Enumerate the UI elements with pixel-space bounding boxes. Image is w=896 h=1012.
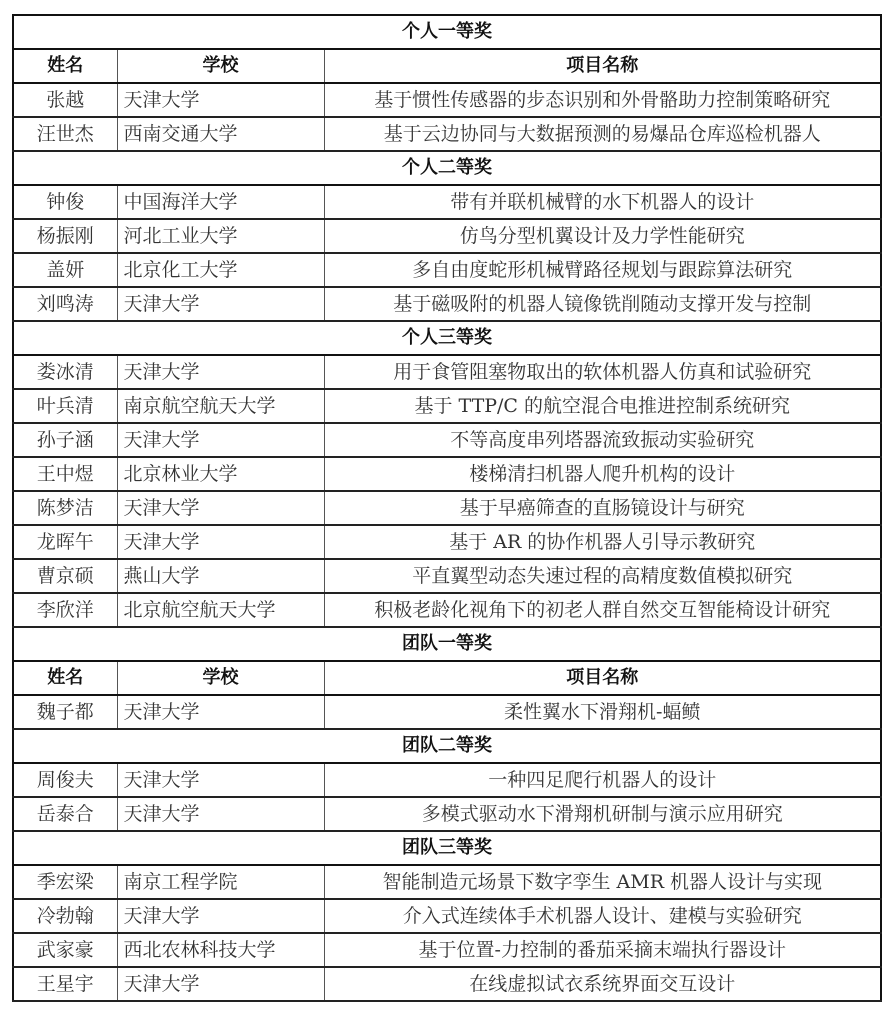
cell-project: 多模式驱动水下滑翔机研制与演示应用研究: [324, 797, 881, 831]
table-row: 魏子都 天津大学 柔性翼水下滑翔机-蝠鲼: [13, 695, 881, 729]
section-title: 团队二等奖: [13, 729, 881, 763]
cell-school: 天津大学: [117, 423, 324, 457]
cell-project: 用于食管阻塞物取出的软体机器人仿真和试验研究: [324, 355, 881, 389]
cell-project: 积极老龄化视角下的初老人群自然交互智能椅设计研究: [324, 593, 881, 627]
section-title: 个人一等奖: [13, 15, 881, 49]
section-title: 团队一等奖: [13, 627, 881, 661]
section-title: 个人二等奖: [13, 151, 881, 185]
column-header-name: 姓名: [13, 661, 117, 695]
table-row: 叶兵清 南京航空航天大学 基于 TTP/C 的航空混合电推进控制系统研究: [13, 389, 881, 423]
cell-name: 张越: [13, 83, 117, 117]
section-title: 团队三等奖: [13, 831, 881, 865]
cell-school: 天津大学: [117, 355, 324, 389]
table-row: 钟俊 中国海洋大学 带有并联机械臂的水下机器人的设计: [13, 185, 881, 219]
cell-project: 仿鸟分型机翼设计及力学性能研究: [324, 219, 881, 253]
cell-project: 基于云边协同与大数据预测的易爆品仓库巡检机器人: [324, 117, 881, 151]
awards-table-body: 个人一等奖 姓名 学校 项目名称 张越 天津大学 基于惯性传感器的步态识别和外骨…: [13, 15, 881, 1001]
cell-project: 智能制造元场景下数字孪生 AMR 机器人设计与实现: [324, 865, 881, 899]
column-header-project: 项目名称: [324, 49, 881, 83]
cell-project: 柔性翼水下滑翔机-蝠鲼: [324, 695, 881, 729]
cell-project: 楼梯清扫机器人爬升机构的设计: [324, 457, 881, 491]
cell-project: 基于惯性传感器的步态识别和外骨骼助力控制策略研究: [324, 83, 881, 117]
cell-name: 叶兵清: [13, 389, 117, 423]
section-title-row: 个人二等奖: [13, 151, 881, 185]
table-row: 张越 天津大学 基于惯性传感器的步态识别和外骨骼助力控制策略研究: [13, 83, 881, 117]
column-header-school: 学校: [117, 49, 324, 83]
cell-school: 河北工业大学: [117, 219, 324, 253]
table-row: 杨振刚 河北工业大学 仿鸟分型机翼设计及力学性能研究: [13, 219, 881, 253]
cell-school: 西北农林科技大学: [117, 933, 324, 967]
cell-name: 孙子涵: [13, 423, 117, 457]
table-row: 龙晖午 天津大学 基于 AR 的协作机器人引导示教研究: [13, 525, 881, 559]
cell-project: 介入式连续体手术机器人设计、建模与实验研究: [324, 899, 881, 933]
table-row: 李欣洋 北京航空航天大学 积极老龄化视角下的初老人群自然交互智能椅设计研究: [13, 593, 881, 627]
cell-project: 多自由度蛇形机械臂路径规划与跟踪算法研究: [324, 253, 881, 287]
cell-project: 在线虚拟试衣系统界面交互设计: [324, 967, 881, 1001]
table-row: 孙子涵 天津大学 不等高度串列塔器流致振动实验研究: [13, 423, 881, 457]
cell-name: 王星宇: [13, 967, 117, 1001]
column-header-project: 项目名称: [324, 661, 881, 695]
awards-table: 个人一等奖 姓名 学校 项目名称 张越 天津大学 基于惯性传感器的步态识别和外骨…: [12, 14, 882, 1002]
cell-name: 王中煜: [13, 457, 117, 491]
cell-name: 钟俊: [13, 185, 117, 219]
cell-school: 西南交通大学: [117, 117, 324, 151]
cell-name: 冷勃翰: [13, 899, 117, 933]
column-header-row: 姓名 学校 项目名称: [13, 661, 881, 695]
cell-name: 周俊夫: [13, 763, 117, 797]
cell-project: 平直翼型动态失速过程的高精度数值模拟研究: [324, 559, 881, 593]
table-row: 王星宇 天津大学 在线虚拟试衣系统界面交互设计: [13, 967, 881, 1001]
cell-name: 汪世杰: [13, 117, 117, 151]
section-title: 个人三等奖: [13, 321, 881, 355]
column-header-school: 学校: [117, 661, 324, 695]
section-title-row: 团队二等奖: [13, 729, 881, 763]
section-title-row: 团队一等奖: [13, 627, 881, 661]
cell-school: 天津大学: [117, 287, 324, 321]
cell-name: 娄冰清: [13, 355, 117, 389]
table-row: 冷勃翰 天津大学 介入式连续体手术机器人设计、建模与实验研究: [13, 899, 881, 933]
cell-school: 天津大学: [117, 525, 324, 559]
column-header-name: 姓名: [13, 49, 117, 83]
cell-school: 燕山大学: [117, 559, 324, 593]
cell-name: 岳泰合: [13, 797, 117, 831]
cell-school: 天津大学: [117, 967, 324, 1001]
cell-name: 曹京硕: [13, 559, 117, 593]
table-row: 岳泰合 天津大学 多模式驱动水下滑翔机研制与演示应用研究: [13, 797, 881, 831]
cell-name: 盖妍: [13, 253, 117, 287]
table-row: 武家豪 西北农林科技大学 基于位置-力控制的番茄采摘末端执行器设计: [13, 933, 881, 967]
cell-school: 南京航空航天大学: [117, 389, 324, 423]
cell-school: 天津大学: [117, 83, 324, 117]
cell-school: 天津大学: [117, 797, 324, 831]
table-row: 曹京硕 燕山大学 平直翼型动态失速过程的高精度数值模拟研究: [13, 559, 881, 593]
cell-school: 北京化工大学: [117, 253, 324, 287]
cell-name: 龙晖午: [13, 525, 117, 559]
cell-project: 基于 AR 的协作机器人引导示教研究: [324, 525, 881, 559]
cell-name: 杨振刚: [13, 219, 117, 253]
cell-project: 不等高度串列塔器流致振动实验研究: [324, 423, 881, 457]
cell-school: 北京航空航天大学: [117, 593, 324, 627]
cell-project: 带有并联机械臂的水下机器人的设计: [324, 185, 881, 219]
cell-project: 基于位置-力控制的番茄采摘末端执行器设计: [324, 933, 881, 967]
cell-school: 天津大学: [117, 491, 324, 525]
cell-name: 魏子都: [13, 695, 117, 729]
cell-name: 刘鸣涛: [13, 287, 117, 321]
cell-school: 天津大学: [117, 899, 324, 933]
cell-school: 北京林业大学: [117, 457, 324, 491]
table-row: 王中煜 北京林业大学 楼梯清扫机器人爬升机构的设计: [13, 457, 881, 491]
cell-project: 基于 TTP/C 的航空混合电推进控制系统研究: [324, 389, 881, 423]
column-header-row: 姓名 学校 项目名称: [13, 49, 881, 83]
table-row: 盖妍 北京化工大学 多自由度蛇形机械臂路径规划与跟踪算法研究: [13, 253, 881, 287]
table-row: 陈梦洁 天津大学 基于早癌筛查的直肠镜设计与研究: [13, 491, 881, 525]
table-row: 汪世杰 西南交通大学 基于云边协同与大数据预测的易爆品仓库巡检机器人: [13, 117, 881, 151]
cell-name: 武家豪: [13, 933, 117, 967]
table-row: 季宏梁 南京工程学院 智能制造元场景下数字孪生 AMR 机器人设计与实现: [13, 865, 881, 899]
cell-school: 天津大学: [117, 763, 324, 797]
cell-school: 南京工程学院: [117, 865, 324, 899]
cell-name: 李欣洋: [13, 593, 117, 627]
cell-project: 一种四足爬行机器人的设计: [324, 763, 881, 797]
table-row: 刘鸣涛 天津大学 基于磁吸附的机器人镜像铣削随动支撑开发与控制: [13, 287, 881, 321]
cell-name: 季宏梁: [13, 865, 117, 899]
cell-school: 天津大学: [117, 695, 324, 729]
table-row: 娄冰清 天津大学 用于食管阻塞物取出的软体机器人仿真和试验研究: [13, 355, 881, 389]
section-title-row: 团队三等奖: [13, 831, 881, 865]
cell-project: 基于早癌筛查的直肠镜设计与研究: [324, 491, 881, 525]
table-row: 周俊夫 天津大学 一种四足爬行机器人的设计: [13, 763, 881, 797]
cell-school: 中国海洋大学: [117, 185, 324, 219]
section-title-row: 个人三等奖: [13, 321, 881, 355]
cell-project: 基于磁吸附的机器人镜像铣削随动支撑开发与控制: [324, 287, 881, 321]
cell-name: 陈梦洁: [13, 491, 117, 525]
section-title-row: 个人一等奖: [13, 15, 881, 49]
